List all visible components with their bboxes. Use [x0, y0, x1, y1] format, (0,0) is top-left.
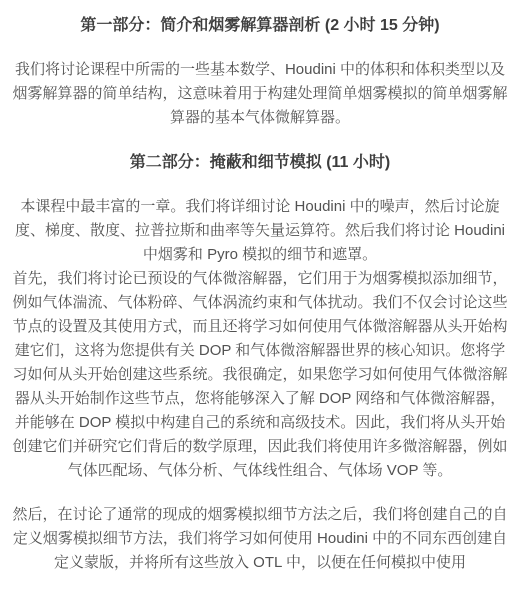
- section-part-1-paragraph: 我们将讨论课程中所需的一些基本数学、Houdini 中的体积和体积类型以及烟雾解…: [8, 58, 512, 130]
- section-part-2-heading: 第二部分：掩蔽和细节模拟 (11 小时): [8, 151, 512, 175]
- section-part-2-paragraph-2: 然后，在讨论了通常的现成的烟雾模拟细节方法之后，我们将创建自己的自定义烟雾模拟细…: [8, 503, 512, 575]
- course-section-part-1: 第一部分：简介和烟雾解算器剖析 (2 小时 15 分钟) 我们将讨论课程中所需的…: [8, 14, 512, 130]
- course-description-page: 第一部分：简介和烟雾解算器剖析 (2 小时 15 分钟) 我们将讨论课程中所需的…: [0, 0, 520, 600]
- section-part-2-paragraph-1: 本课程中最丰富的一章。我们将详细讨论 Houdini 中的噪声，然后讨论旋度、梯…: [8, 195, 512, 483]
- course-section-part-2: 第二部分：掩蔽和细节模拟 (11 小时) 本课程中最丰富的一章。我们将详细讨论 …: [8, 151, 512, 575]
- section-part-1-heading: 第一部分：简介和烟雾解算器剖析 (2 小时 15 分钟): [8, 14, 512, 38]
